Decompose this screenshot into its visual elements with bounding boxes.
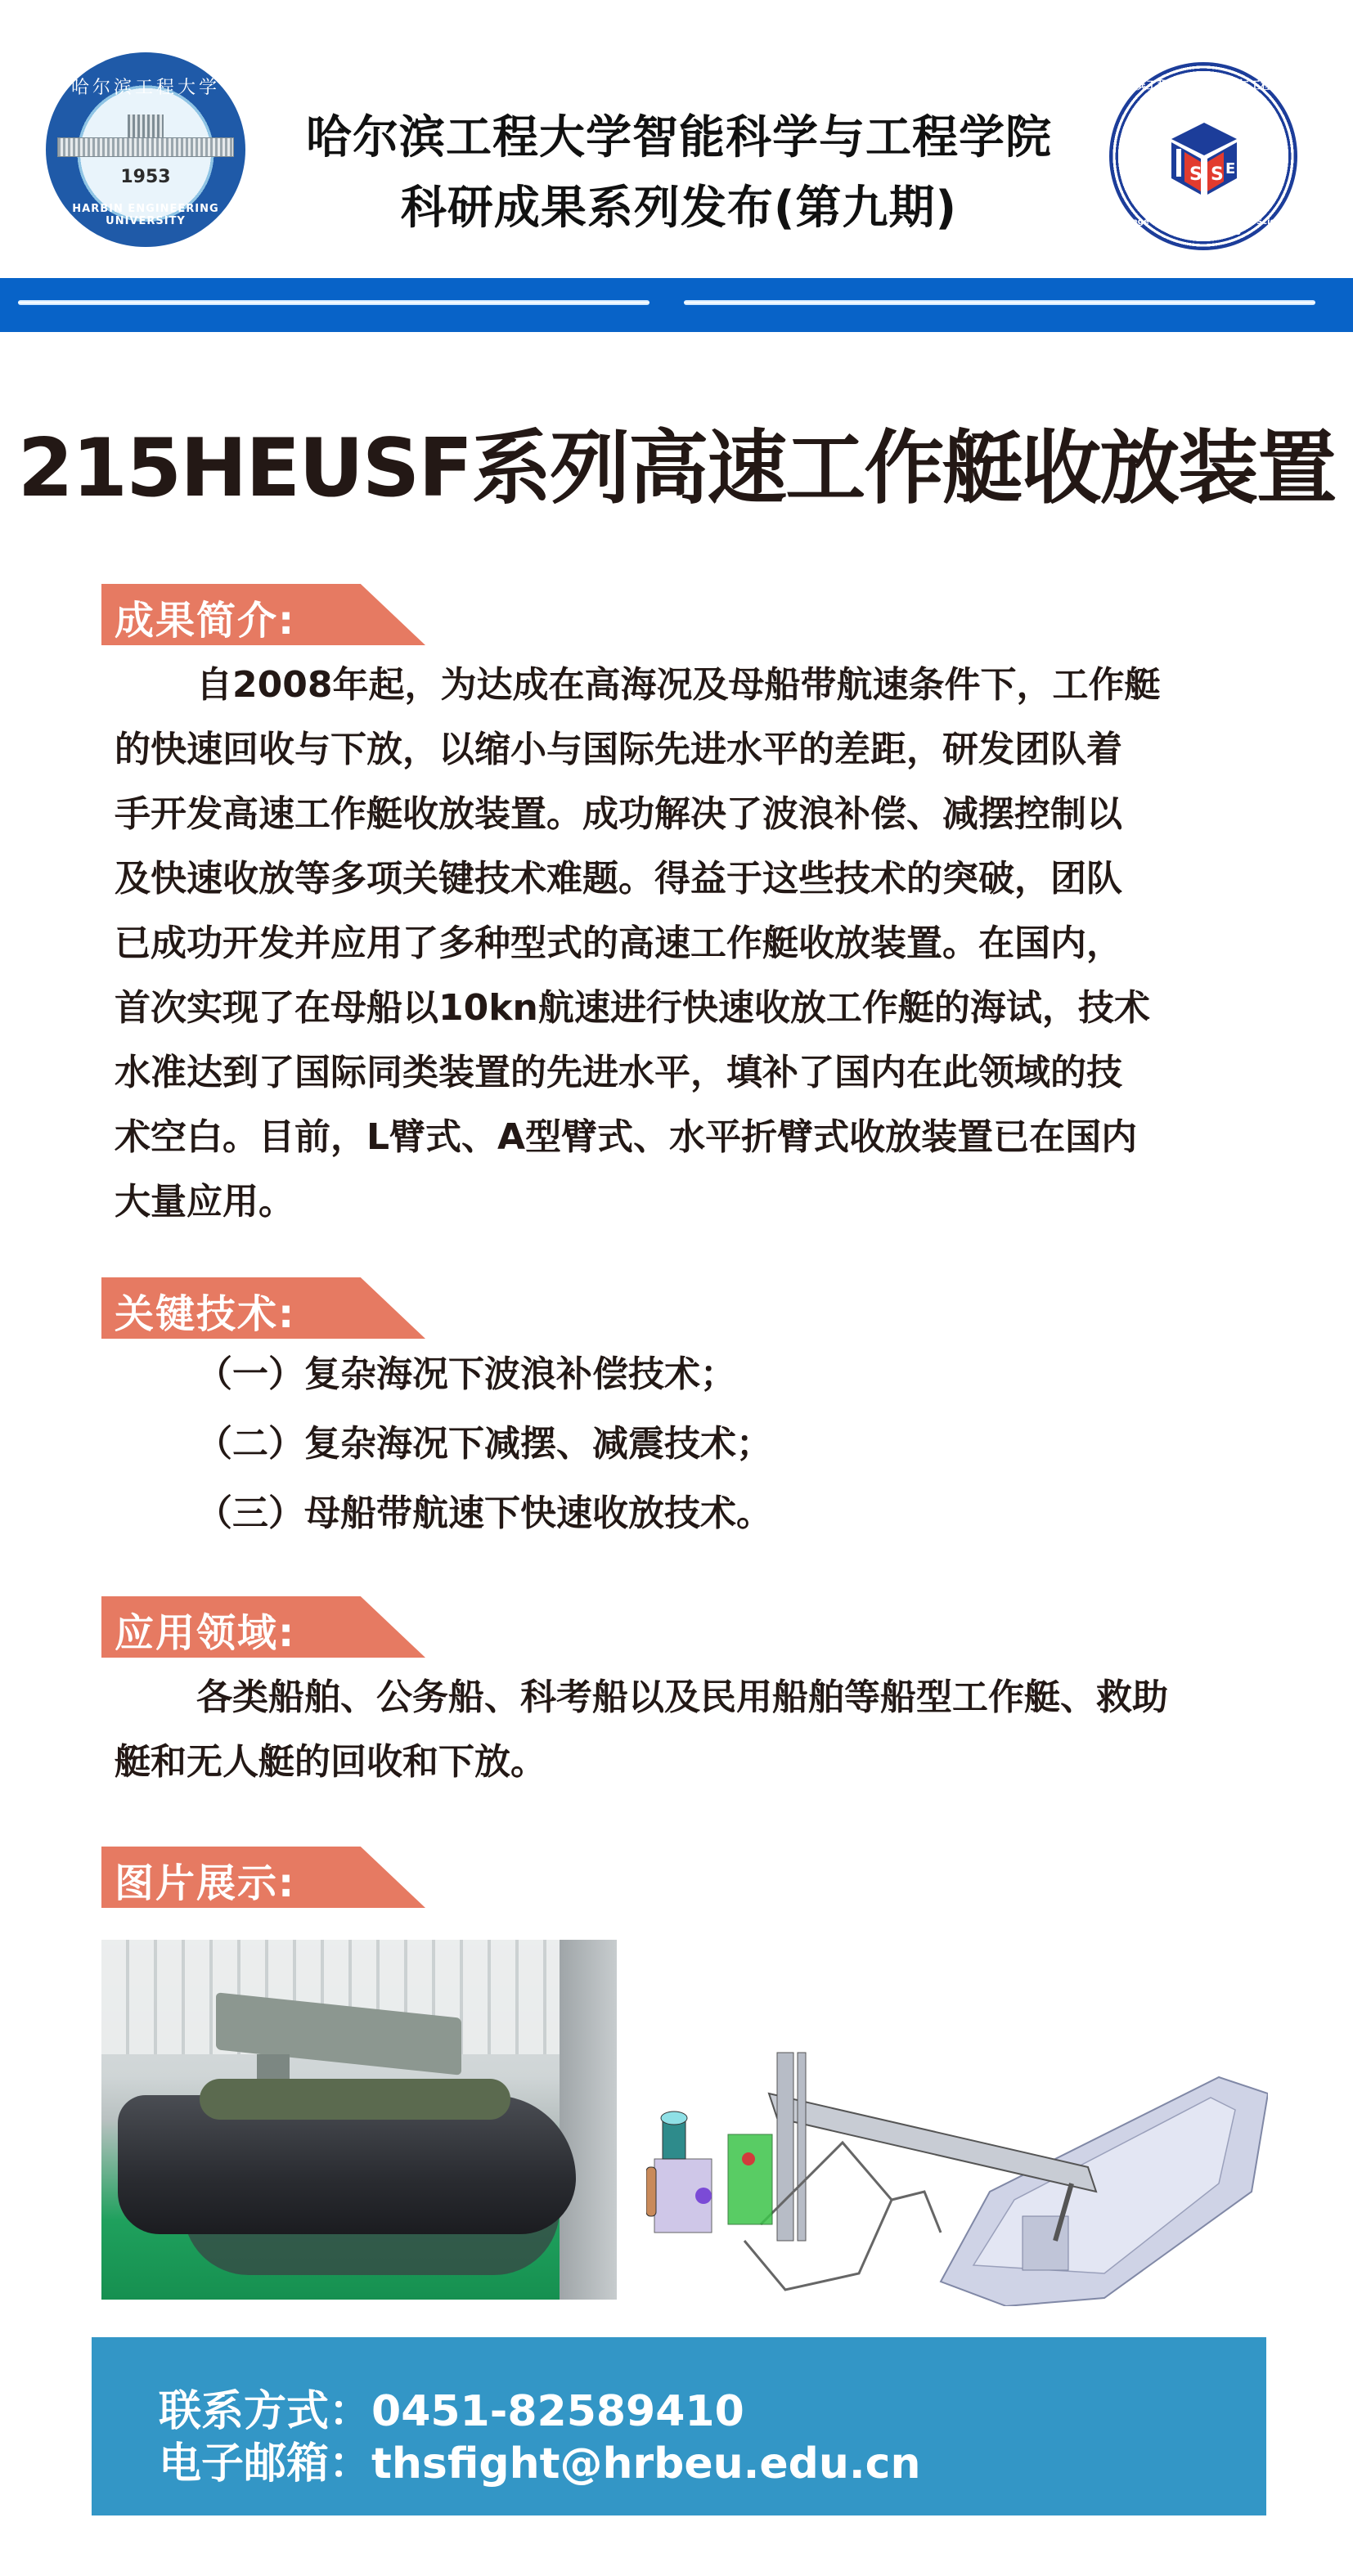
section-tag-intro: 成果简介: — [101, 584, 425, 645]
davit-cad-diagram — [646, 2028, 1268, 2306]
section-label: 关键技术: — [115, 1282, 295, 1339]
heu-logo-year: 1953 — [46, 167, 245, 187]
contact-box: 联系方式：0451-82589410 电子邮箱：thsfight@hrbeu.e… — [92, 2337, 1266, 2515]
contact-email-row: 电子邮箱：thsfight@hrbeu.edu.cn — [159, 2429, 921, 2490]
band-line-right — [684, 300, 1315, 305]
heu-logo-building — [57, 137, 234, 157]
band-line-left — [18, 300, 650, 305]
header-divider-band — [0, 278, 1353, 332]
list-item: （二）复杂海况下减摆、减震技术； — [196, 1409, 772, 1479]
intro-paragraph: 自2008年起，为达成在高海况及母船带航速条件下，工作艇 的快速回收与下放，以缩… — [115, 653, 1260, 1234]
isse-logo: 哈尔滨工程大学智能科学与工程学院 S S E College of Intell… — [1109, 62, 1297, 250]
isse-logo-ring-en: College of Intelligent Systems Science a… — [1109, 218, 1297, 236]
heu-logo-ring-cn: 哈尔滨工程大学 — [46, 74, 245, 99]
list-item: （三）母船带航速下快速收放技术。 — [196, 1479, 772, 1548]
heu-logo-ring-en: HARBIN ENGINEERING UNIVERSITY — [46, 203, 245, 227]
key-tech-list: （一）复杂海况下波浪补偿技术； （二）复杂海况下减摆、减震技术； （三）母船带航… — [196, 1340, 772, 1548]
list-item: （一）复杂海况下波浪补偿技术； — [196, 1340, 772, 1409]
email-address: thsfight@hrbeu.edu.cn — [371, 2439, 921, 2488]
isse-logo-ring-cn: 哈尔滨工程大学智能科学与工程学院 — [1109, 77, 1297, 93]
isse-cube-icon: S S E — [1165, 119, 1243, 198]
svg-text:S: S — [1211, 164, 1224, 185]
heu-logo: 哈尔滨工程大学 1953 HARBIN ENGINEERING UNIVERSI… — [46, 52, 245, 247]
main-title: 215HEUSF系列高速工作艇收放装置 — [0, 404, 1353, 519]
section-label: 成果简介: — [115, 589, 295, 645]
email-label: 电子邮箱： — [159, 2439, 371, 2488]
header-title-line1: 哈尔滨工程大学智能科学与工程学院 — [254, 101, 1104, 167]
boat-hangar-photo — [101, 1940, 617, 2300]
application-paragraph: 各类船舶、公务船、科考船以及民用船舶等船型工作艇、救助 艇和无人艇的回收和下放。 — [115, 1665, 1260, 1794]
svg-text:E: E — [1225, 160, 1235, 177]
section-tag-gallery: 图片展示: — [101, 1847, 425, 1908]
svg-text:S: S — [1189, 164, 1202, 185]
section-tag-key-tech: 关键技术: — [101, 1277, 425, 1339]
section-tag-application: 应用领域: — [101, 1596, 425, 1658]
section-label: 应用领域: — [115, 1601, 295, 1658]
section-label: 图片展示: — [115, 1851, 295, 1908]
header-title-line2: 科研成果系列发布(第九期) — [254, 172, 1104, 237]
